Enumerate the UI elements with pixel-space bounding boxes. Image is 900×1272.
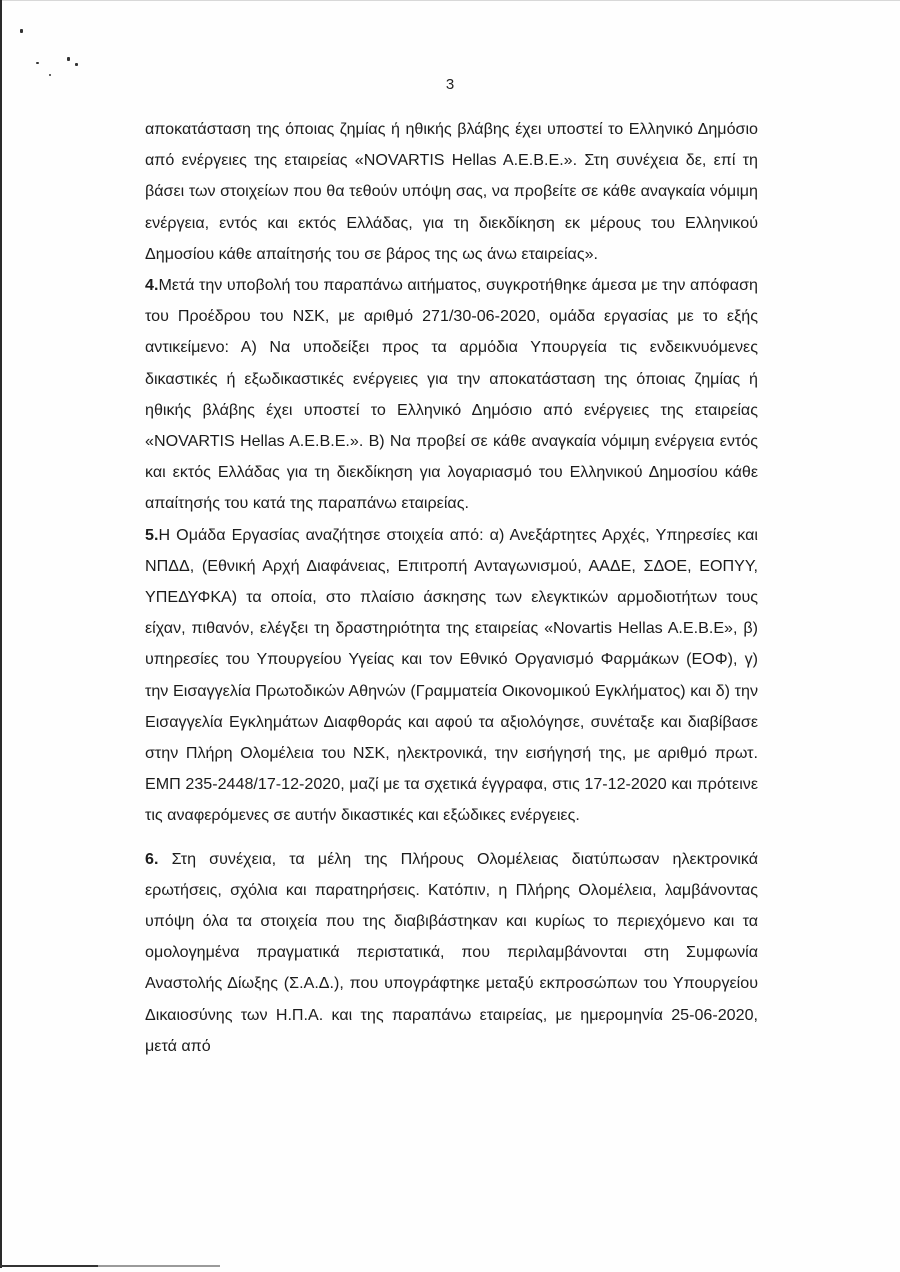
scan-edge-bottom-light (98, 1265, 220, 1267)
scan-edge-top (0, 0, 900, 1)
paragraph-6: 6. Στη συνέχεια, τα μέλη της Πλήρους Ολο… (145, 844, 758, 1062)
paragraph-text: αποκατάσταση της όποιας ζημίας ή ηθικής … (145, 120, 758, 263)
scan-edge-left (0, 0, 2, 1268)
document-body: αποκατάσταση της όποιας ζημίας ή ηθικής … (145, 114, 758, 1062)
scanned-page: 3 αποκατάσταση της όποιας ζημίας ή ηθική… (0, 0, 900, 1272)
scan-edge-bottom (0, 1265, 98, 1267)
paragraph-continuation: αποκατάσταση της όποιας ζημίας ή ηθικής … (145, 114, 758, 270)
paragraph-5: 5.Η Ομάδα Εργασίας αναζήτησε στοιχεία απ… (145, 520, 758, 832)
paragraph-number: 5. (145, 526, 158, 544)
paragraph-text: Μετά την υποβολή του παραπάνω αιτήματος,… (145, 276, 758, 512)
paragraph-text: Στη συνέχεια, τα μέλη της Πλήρους Ολομέλ… (145, 850, 758, 1055)
paragraph-number: 4. (145, 276, 158, 294)
paragraph-number: 6. (145, 850, 158, 868)
paragraph-text: Η Ομάδα Εργασίας αναζήτησε στοιχεία από:… (145, 526, 758, 825)
page-number: 3 (0, 76, 900, 93)
paragraph-4: 4.Μετά την υποβολή του παραπάνω αιτήματο… (145, 270, 758, 520)
